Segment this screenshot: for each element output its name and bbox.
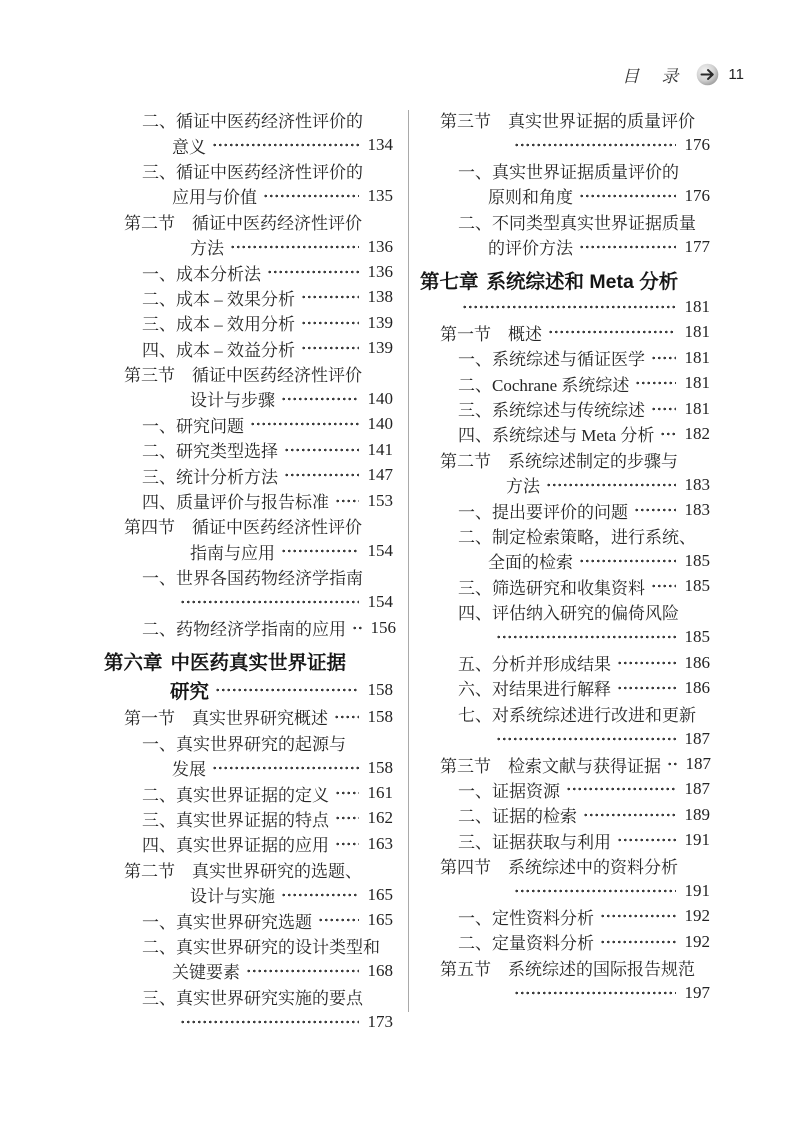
toc-entry: 154 [104,589,393,614]
entry-text: 二、证据的检索 [458,802,577,827]
page-number: 162 [366,808,393,828]
column-divider [408,110,409,1012]
toc-entry: 方法183 [420,472,710,497]
toc-entry: 191 [420,878,710,903]
toc-entry: 第三节 循证中医药经济性评价 [104,361,393,386]
page-number: 161 [366,783,393,803]
page-number: 173 [366,1012,393,1032]
entry-text: 的评价方法 [488,234,573,259]
dot-leader [579,548,676,573]
toc-entry: 一、提出要评价的问题183 [420,497,710,522]
dot-leader [651,396,676,421]
dot-leader [180,589,359,614]
dot-leader [651,345,676,370]
page-number: 163 [366,834,393,854]
page-number: 189 [683,805,710,825]
entry-text: 第三节 真实世界证据的质量评价 [440,107,695,132]
header-page-number: 11 [728,66,744,83]
dot-leader [660,421,676,446]
toc-entry: 方法136 [104,234,393,259]
dot-leader [600,929,676,954]
entry-text: 一、定性资料分析 [458,904,594,929]
page-number: 191 [683,881,710,901]
dot-leader [566,777,676,802]
entry-text: 一、真实世界证据质量评价的 [458,158,679,183]
toc-entry: 一、世界各国药物经济学指南 [104,564,393,589]
toc-entry: 三、真实世界证据的特点162 [104,806,393,831]
toc-entry: 二、循证中医药经济性评价的 [104,107,393,132]
entry-text: 二、循证中医药经济性评价的 [142,107,363,132]
entry-text: 全面的检索 [488,548,573,573]
page-number: 192 [683,932,710,952]
entry-text: 意义 [172,133,206,158]
dot-leader [546,472,676,497]
toc-entry: 181 [420,294,710,319]
page-number: 136 [366,262,393,282]
toc-entry: 四、真实世界证据的应用163 [104,831,393,856]
page-number: 153 [366,491,393,511]
entry-text: 三、系统综述与传统综述 [458,396,645,421]
toc-entry: 第一节 真实世界研究概述158 [104,704,393,729]
toc-entry: 187 [420,726,710,751]
dot-leader [600,904,676,929]
entry-text: 四、系统综述与 Meta 分析 [458,421,654,446]
toc-entry: 第六章中医药真实世界证据 [104,646,393,675]
toc-entry: 二、不同类型真实世界证据质量 [420,209,710,234]
entry-text: 一、证据资源 [458,777,560,802]
toc-entry: 四、评估纳入研究的偏倚风险 [420,599,710,624]
page-number: 141 [366,440,393,460]
entry-text: 第四节 系统综述中的资料分析 [440,853,678,878]
dot-leader [284,462,359,487]
page-number: 181 [683,322,710,342]
toc-entry: 四、系统综述与 Meta 分析182 [420,421,710,446]
chapter-label: 第七章 [420,266,479,294]
entry-text: 七、对系统综述进行改进和更新 [458,701,696,726]
toc-entry: 二、成本 – 效果分析138 [104,285,393,310]
entry-text: 二、定量资料分析 [458,929,594,954]
toc-entry: 应用与价值135 [104,183,393,208]
toc-entry: 第二节 系统综述制定的步骤与 [420,447,710,472]
entry-text: 六、对结果进行解释 [458,675,611,700]
entry-text: 三、真实世界证据的特点 [142,806,329,831]
toc-entry: 二、真实世界研究的设计类型和 [104,933,393,958]
page-number: 176 [683,186,710,206]
page-number: 139 [366,338,393,358]
entry-text: 方法 [506,472,540,497]
entry-text: 一、系统综述与循证医学 [458,345,645,370]
page-number: 186 [683,678,710,698]
toc-entry: 173 [104,1009,393,1034]
toc-entry: 二、制定检索策略，进行系统、 [420,523,710,548]
toc-entry: 的评价方法177 [420,234,710,259]
entry-text: 指南与应用 [190,539,275,564]
toc-column-left: 二、循证中医药经济性评价的意义134三、循证中医药经济性评价的应用与价值135第… [104,107,393,1034]
page-number: 139 [366,313,393,333]
page-number: 136 [366,237,393,257]
toc-entry: 二、研究类型选择141 [104,437,393,462]
toc-entry: 一、真实世界证据质量评价的 [420,158,710,183]
toc-entry: 全面的检索185 [420,548,710,573]
dot-leader [267,259,359,284]
dot-leader [462,294,676,319]
entry-text: 二、Cochrane 系统综述 [458,371,629,396]
page-header: 目 录 11 [622,62,744,87]
dot-leader [230,234,359,259]
toc-column-right: 第三节 真实世界证据的质量评价176一、真实世界证据质量评价的原则和角度176二… [420,107,710,1005]
toc-entry: 一、系统综述与循证医学181 [420,345,710,370]
entry-text: 三、统计分析方法 [142,463,278,488]
page-number: 181 [683,373,710,393]
toc-entry: 第二节 循证中医药经济性评价 [104,209,393,234]
page-number: 185 [683,576,710,596]
entry-text: 三、筛选研究和收集资料 [458,574,645,599]
entry-text: 二、真实世界证据的定义 [142,781,329,806]
toc-entry: 四、质量评价与报告标准153 [104,488,393,513]
dot-leader [579,234,676,259]
toc-entry: 设计与步骤140 [104,386,393,411]
dot-leader [514,878,676,903]
page-number: 168 [366,961,393,981]
entry-text: 第二节 系统综述制定的步骤与 [440,447,678,472]
page-number: 192 [683,906,710,926]
entry-text: 第三节 循证中医药经济性评价 [124,361,362,386]
toc-entry: 三、循证中医药经济性评价的 [104,158,393,183]
entry-text: 二、研究类型选择 [142,437,278,462]
book-toc-page: 目 录 11 二、循证中医药经济性评价的意义134三、循证中医药经济性评价的应用… [0,0,800,1124]
dot-leader [281,539,359,564]
page-number: 185 [683,551,710,571]
toc-entry: 第五节 系统综述的国际报告规范 [420,955,710,980]
toc-entry: 二、证据的检索189 [420,802,710,827]
dot-leader [651,574,676,599]
dot-leader [301,285,359,310]
toc-entry: 一、真实世界研究的起源与 [104,730,393,755]
dot-leader [635,371,676,396]
entry-text: 二、成本 – 效果分析 [142,285,295,310]
entry-text: 关键要素 [172,958,240,983]
entry-text: 第一节 真实世界研究概述 [124,704,328,729]
page-number: 140 [366,389,393,409]
entry-text: 三、成本 – 效用分析 [142,310,295,335]
toc-entry: 五、分析并形成结果186 [420,650,710,675]
toc-entry: 三、真实世界研究实施的要点 [104,984,393,1009]
entry-text: 第二节 循证中医药经济性评价 [124,209,362,234]
dot-leader [579,183,676,208]
dot-leader [352,615,362,640]
toc-entry: 一、研究问题140 [104,412,393,437]
page-number: 177 [683,237,710,257]
entry-text: 四、评估纳入研究的偏倚风险 [458,599,679,624]
dot-leader [634,497,676,522]
dot-leader [667,751,677,776]
entry-text: 三、循证中医药经济性评价的 [142,158,363,183]
page-number: 138 [366,287,393,307]
toc-entry: 设计与实施165 [104,882,393,907]
dot-leader [335,488,359,513]
toc-entry: 第一节 概述181 [420,320,710,345]
page-number: 154 [366,592,393,612]
dot-leader [246,958,359,983]
dot-leader [263,183,359,208]
page-number: 183 [683,475,710,495]
toc-entry: 原则和角度176 [420,183,710,208]
toc-entry: 第四节 系统综述中的资料分析 [420,853,710,878]
dot-leader [548,320,676,345]
toc-entry: 第三节 真实世界证据的质量评价 [420,107,710,132]
dot-leader [250,412,359,437]
entry-text: 二、制定检索策略，进行系统、 [458,523,696,548]
toc-entry: 三、筛选研究和收集资料185 [420,574,710,599]
entry-text: 一、真实世界研究的起源与 [142,730,346,755]
page-number: 154 [366,541,393,561]
dot-leader [335,780,359,805]
entry-text: 系统综述和 Meta 分析 [487,266,679,294]
toc-entry: 第三节 检索文献与获得证据187 [420,751,710,776]
entry-text: 五、分析并形成结果 [458,650,611,675]
dot-leader [335,806,359,831]
toc-entry: 三、统计分析方法147 [104,462,393,487]
entry-text: 第二节 真实世界研究的选题、 [124,857,362,882]
page-number: 187 [684,754,711,774]
chapter-label: 第六章 [104,647,163,675]
page-number: 191 [683,830,710,850]
dot-leader [212,132,359,157]
entry-text: 第五节 系统综述的国际报告规范 [440,955,695,980]
dot-leader [281,386,359,411]
page-number: 183 [683,500,710,520]
dot-leader [617,650,676,675]
page-number: 156 [369,618,396,638]
toc-entry: 三、系统综述与传统综述181 [420,396,710,421]
circle-arrow-right-icon [696,63,719,86]
page-number: 181 [683,348,710,368]
toc-entry: 185 [420,624,710,649]
dot-leader [281,882,359,907]
page-number: 197 [683,983,710,1003]
page-number: 165 [366,885,393,905]
entry-text: 四、质量评价与报告标准 [142,488,329,513]
dot-leader [318,907,359,932]
page-number: 147 [366,465,393,485]
toc-entry: 三、证据获取与利用191 [420,828,710,853]
dot-leader [496,726,676,751]
page-number: 181 [683,297,710,317]
entry-text: 一、成本分析法 [142,260,261,285]
page-number: 158 [366,680,393,700]
entry-text: 一、真实世界研究选题 [142,908,312,933]
entry-text: 四、真实世界证据的应用 [142,831,329,856]
dot-leader [180,1009,359,1034]
page-number: 140 [366,414,393,434]
entry-text: 四、成本 – 效益分析 [142,336,295,361]
page-number: 187 [683,729,710,749]
entry-text: 第一节 概述 [440,320,542,345]
dot-leader [583,802,676,827]
toc-entry: 二、定量资料分析192 [420,929,710,954]
toc-entry: 第七章系统综述和 Meta 分析 [420,265,710,294]
entry-text: 第四节 循证中医药经济性评价 [124,513,362,538]
toc-entry: 176 [420,132,710,157]
toc-entry: 二、药物经济学指南的应用156 [104,615,393,640]
page-number: 187 [683,779,710,799]
toc-entry: 一、成本分析法136 [104,259,393,284]
entry-text: 中医药真实世界证据 [171,647,347,675]
toc-entry: 关键要素168 [104,958,393,983]
entry-text: 发展 [172,755,206,780]
dot-leader [334,704,359,729]
entry-text: 一、世界各国药物经济学指南 [142,564,363,589]
toc-entry: 四、成本 – 效益分析139 [104,336,393,361]
entry-text: 研究 [170,676,209,704]
entry-text: 二、药物经济学指南的应用 [142,615,346,640]
dot-leader [284,437,359,462]
entry-text: 设计与步骤 [190,386,275,411]
entry-text: 一、研究问题 [142,412,244,437]
entry-text: 二、真实世界研究的设计类型和 [142,933,380,958]
page-number: 158 [366,707,393,727]
entry-text: 第三节 检索文献与获得证据 [440,752,661,777]
toc-entry: 三、成本 – 效用分析139 [104,310,393,335]
entry-text: 一、提出要评价的问题 [458,498,628,523]
toc-entry: 一、定性资料分析192 [420,904,710,929]
entry-text: 方法 [190,234,224,259]
toc-entry: 发展158 [104,755,393,780]
toc-entry: 第四节 循证中医药经济性评价 [104,513,393,538]
toc-entry: 一、真实世界研究选题165 [104,907,393,932]
dot-leader [215,675,359,704]
toc-entry: 197 [420,980,710,1005]
dot-leader [212,755,359,780]
toc-entry: 六、对结果进行解释186 [420,675,710,700]
toc-entry: 研究158 [104,675,393,704]
dot-leader [514,980,676,1005]
dot-leader [514,132,676,157]
page-number: 176 [683,135,710,155]
page-number: 181 [683,399,710,419]
dot-leader [496,624,676,649]
toc-entry: 七、对系统综述进行改进和更新 [420,701,710,726]
dot-leader [301,310,359,335]
entry-text: 设计与实施 [190,882,275,907]
page-number: 134 [366,135,393,155]
dot-leader [617,828,676,853]
entry-text: 应用与价值 [172,183,257,208]
toc-entry: 指南与应用154 [104,539,393,564]
toc-header-title: 目 录 [622,62,687,87]
dot-leader [301,336,359,361]
toc-entry: 二、Cochrane 系统综述181 [420,371,710,396]
page-number: 186 [683,653,710,673]
page-number: 135 [366,186,393,206]
page-number: 185 [683,627,710,647]
page-number: 182 [683,424,710,444]
entry-text: 三、证据获取与利用 [458,828,611,853]
toc-entry: 意义134 [104,132,393,157]
toc-entry: 二、真实世界证据的定义161 [104,780,393,805]
toc-entry: 第二节 真实世界研究的选题、 [104,857,393,882]
entry-text: 三、真实世界研究实施的要点 [142,984,363,1009]
page-number: 158 [366,758,393,778]
dot-leader [335,831,359,856]
dot-leader [617,675,676,700]
entry-text: 原则和角度 [488,183,573,208]
toc-entry: 一、证据资源187 [420,777,710,802]
entry-text: 二、不同类型真实世界证据质量 [458,209,696,234]
page-number: 165 [366,910,393,930]
